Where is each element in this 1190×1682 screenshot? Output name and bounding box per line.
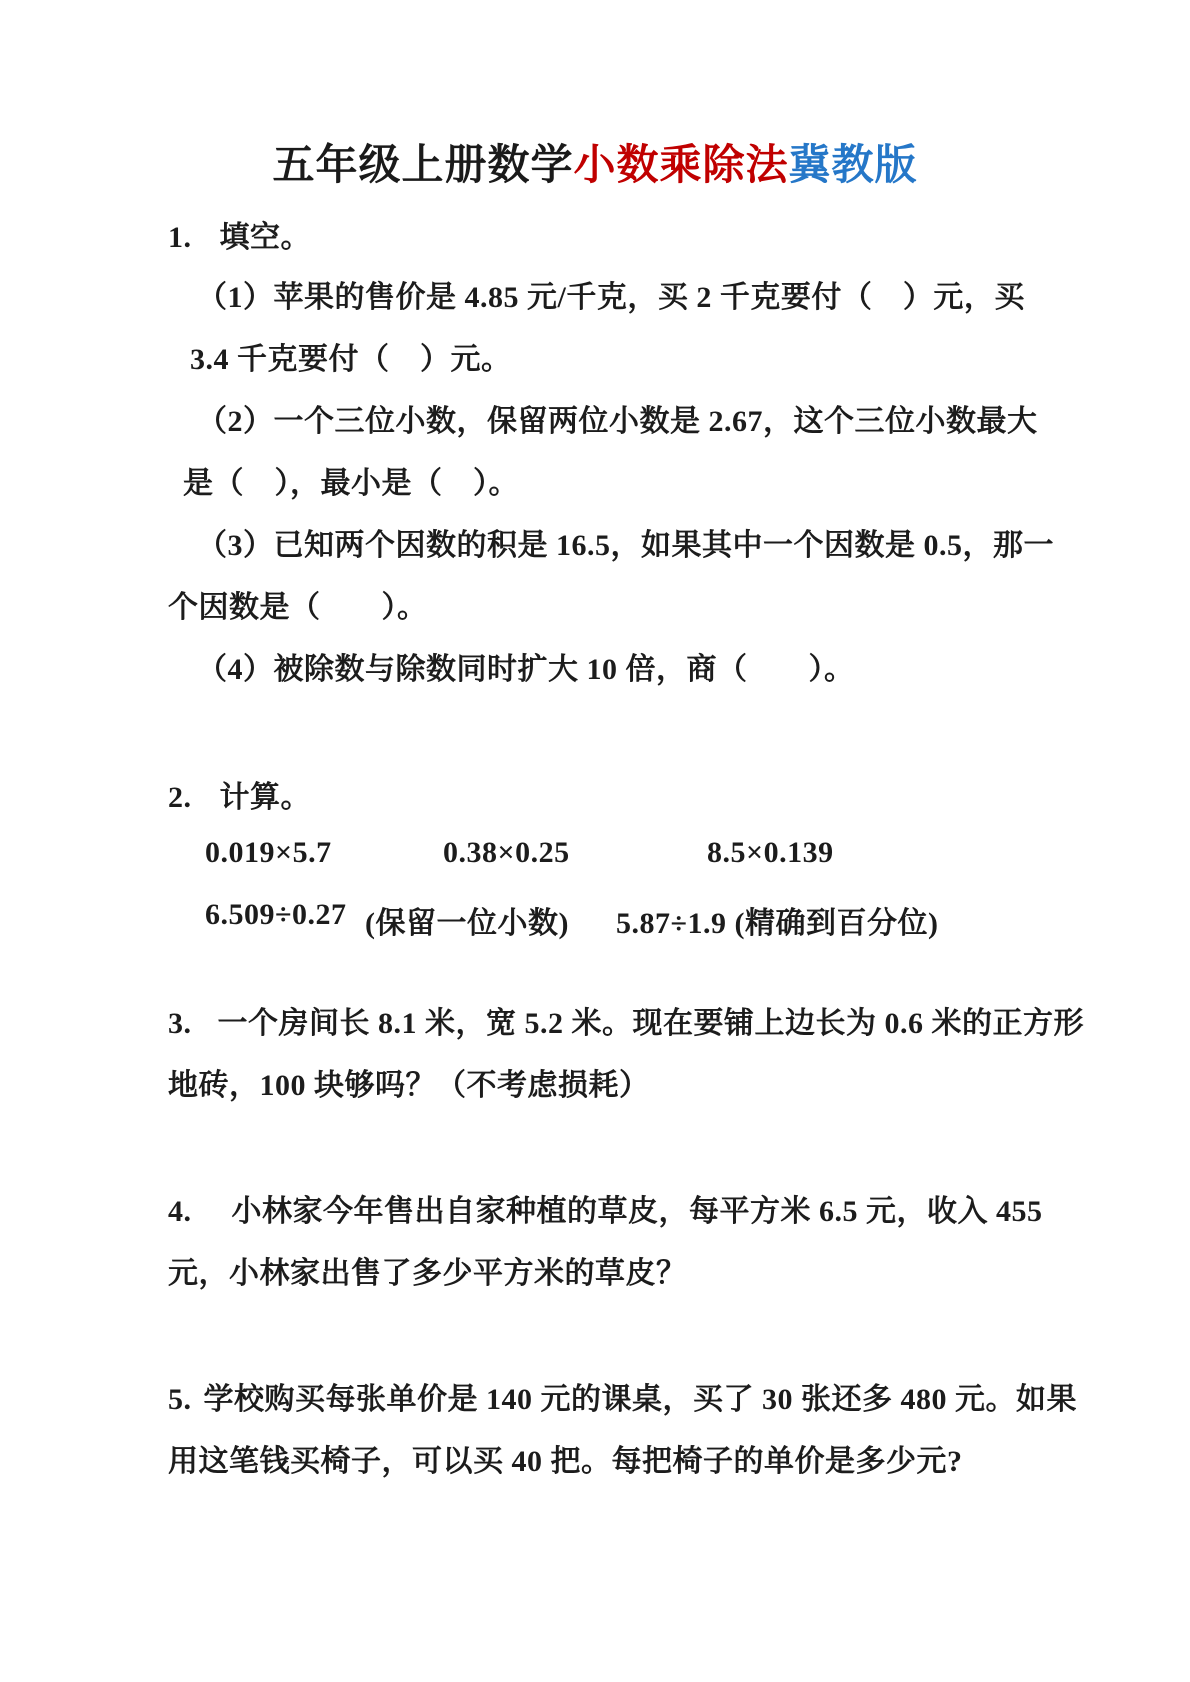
q2-expression-5: 5.87÷1.9 (精确到百分位) <box>616 898 938 942</box>
q2-expression-4-note: (保留一位小数) <box>365 898 569 942</box>
page-title: 五年级上册数学小数乘除法冀教版 <box>0 132 1190 192</box>
question-3-line1: 3.一个房间长 8.1 米，宽 5.2 米。现在要铺上边长为 0.6 米的正方形 <box>0 998 1190 1042</box>
title-topic-part: 小数乘除法 <box>573 143 788 189</box>
question-4-text: 小林家今年售出自家种植的草皮，每平方米 6.5 元，收入 455 <box>232 1195 1043 1228</box>
q2-calc-row-2: 6.509÷0.27 (保留一位小数) 5.87÷1.9 (精确到百分位) <box>0 898 1190 938</box>
question-4-line1: 4.小林家今年售出自家种植的草皮，每平方米 6.5 元，收入 455 <box>0 1186 1190 1230</box>
question-1-heading: 1.填空。 <box>0 212 1190 256</box>
question-1-number: 1. <box>168 221 192 255</box>
question-5-line2: 用这笔钱买椅子，可以买 40 把。每把椅子的单价是多少元? <box>0 1436 1190 1480</box>
q2-expression-3: 8.5×0.139 <box>707 836 834 870</box>
question-2-heading: 2.计算。 <box>0 772 1190 816</box>
q2-expression-4: 6.509÷0.27 <box>205 898 346 932</box>
question-5-number: 5. <box>168 1383 192 1417</box>
worksheet-page: 五年级上册数学小数乘除法冀教版 1.填空。 （1）苹果的售价是 4.85 元/千… <box>0 0 1190 1682</box>
q2-calc-row-1: 0.019×5.7 0.38×0.25 8.5×0.139 <box>0 836 1190 876</box>
q2-expression-1: 0.019×5.7 <box>205 836 332 870</box>
question-3-number: 3. <box>168 1007 192 1041</box>
title-grade-part: 五年级上册数学 <box>272 143 573 189</box>
title-edition-part: 冀教版 <box>789 143 918 189</box>
question-3-line2: 地砖，100 块够吗？（不考虑损耗） <box>0 1060 1190 1104</box>
q2-expression-2: 0.38×0.25 <box>443 836 570 870</box>
q1-sub3-line1: （3）已知两个因数的积是 16.5，如果其中一个因数是 0.5，那一 <box>0 520 1190 564</box>
question-3-text: 一个房间长 8.1 米，宽 5.2 米。现在要铺上边长为 0.6 米的正方形 <box>218 1007 1085 1040</box>
q1-sub2-line1: （2）一个三位小数，保留两位小数是 2.67，这个三位小数最大 <box>0 396 1190 440</box>
question-2-number: 2. <box>168 781 192 815</box>
q1-sub1-line1: （1）苹果的售价是 4.85 元/千克，买 2 千克要付（ ）元，买 <box>0 272 1190 316</box>
question-2-label: 计算。 <box>220 781 312 814</box>
question-4-number: 4. <box>168 1195 192 1229</box>
q1-sub1-line2: 3.4 千克要付（ ）元。 <box>0 334 1190 378</box>
question-5-line1: 5.学校购买每张单价是 140 元的课桌，买了 30 张还多 480 元。如果 <box>0 1374 1190 1418</box>
q1-sub2-line2: 是（ ），最小是（ ）。 <box>0 458 1190 502</box>
q1-sub3-line2: 个因数是（ ）。 <box>0 582 1190 626</box>
question-5-text: 学校购买每张单价是 140 元的课桌，买了 30 张还多 480 元。如果 <box>204 1383 1078 1416</box>
question-4-line2: 元，小林家出售了多少平方米的草皮？ <box>0 1248 1190 1292</box>
question-1-label: 填空。 <box>220 221 312 254</box>
q1-sub4-line1: （4）被除数与除数同时扩大 10 倍，商（ ）。 <box>0 644 1190 688</box>
